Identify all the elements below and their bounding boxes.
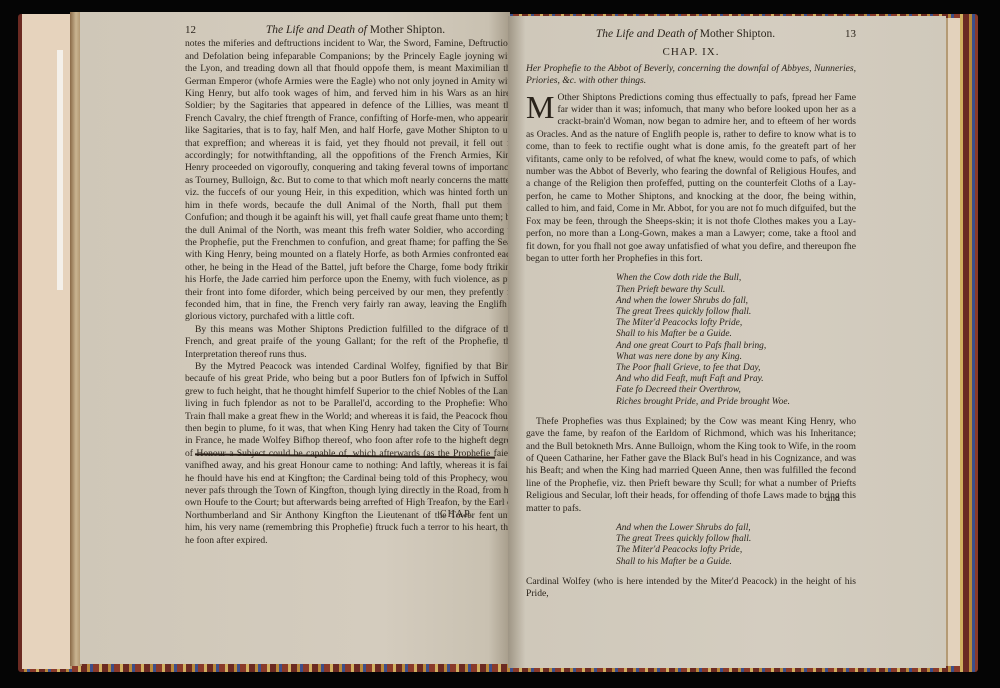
chapter-summary: Her Prophefie to the Abbot of Beverly, c…	[526, 63, 856, 88]
verse-line: And when the Lower Shrubs do fall,	[616, 523, 856, 534]
running-head: 12 The Life and Death of Mother Shipton.	[185, 24, 515, 36]
right-page: The Life and Death of Mother Shipton. 13…	[508, 16, 946, 668]
verse-line: And who did Feaft, muft Faft and Pray.	[616, 374, 856, 385]
paragraph: notes the miferies and deftructions inci…	[185, 38, 515, 323]
running-head: The Life and Death of Mother Shipton. 13	[526, 28, 856, 40]
verse-line: And one great Court to Pafs fhall bring,	[616, 341, 856, 352]
verse-line: Riches brought Pride, and Pride brought …	[616, 397, 856, 408]
drop-cap: M	[526, 94, 554, 120]
explanation-paragraph: Thefe Prophefies was thus Explained; by …	[526, 416, 856, 515]
page-number: 12	[185, 24, 196, 36]
catchword: and	[826, 493, 840, 504]
verse-line: And when the lower Shrubs do fall,	[616, 296, 856, 307]
book-endpaper-left	[22, 14, 72, 669]
catchword: CHAP.	[440, 509, 473, 520]
verse-line: When the Cow doth ride the Bull,	[616, 273, 856, 284]
book-endpaper-right	[946, 18, 960, 666]
chapter-heading: CHAP. IX.	[526, 46, 856, 58]
paragraph: By this means was Mother Shiptons Predic…	[185, 324, 515, 361]
opening-paragraph: M Other Shiptons Predictions coming thus…	[526, 92, 856, 266]
running-title: The Life and Death of Mother Shipton.	[266, 24, 445, 36]
left-page: 12 The Life and Death of Mother Shipton.…	[80, 12, 510, 664]
verse-line: The Miter'd Peacocks lofty Pride,	[616, 318, 856, 329]
closing-line: Cardinal Wolfey (who is here intended by…	[526, 576, 856, 601]
verse-line: The Miter'd Peacocks lofty Pride,	[616, 545, 856, 556]
verse-block-1: When the Cow doth ride the Bull, Then Pr…	[616, 273, 856, 407]
verse-line: Shall to his Mafter be a Guide.	[616, 329, 856, 340]
bookmark-ribbon	[57, 50, 63, 290]
right-page-text: The Life and Death of Mother Shipton. 13…	[526, 28, 856, 601]
verse-line: The great Trees quickly follow fhall.	[616, 307, 856, 318]
verse-line: The great Trees quickly follow fhall.	[616, 534, 856, 545]
verse-line: The Poor fhall Grieve, to fee that Day,	[616, 363, 856, 374]
verse-block-2: And when the Lower Shrubs do fall, The g…	[616, 523, 856, 568]
left-page-text: 12 The Life and Death of Mother Shipton.…	[185, 24, 515, 547]
verse-line: Fate fo Decreed their Overthrow,	[616, 385, 856, 396]
show-through-text	[195, 470, 505, 510]
verse-line: Then Prieft beware thy Scull.	[616, 285, 856, 296]
verse-line: Shall to his Mafter be a Guide.	[616, 557, 856, 568]
running-title: The Life and Death of Mother Shipton.	[596, 28, 775, 40]
page-number: 13	[845, 28, 856, 40]
verse-line: What was nere done by any King.	[616, 352, 856, 363]
